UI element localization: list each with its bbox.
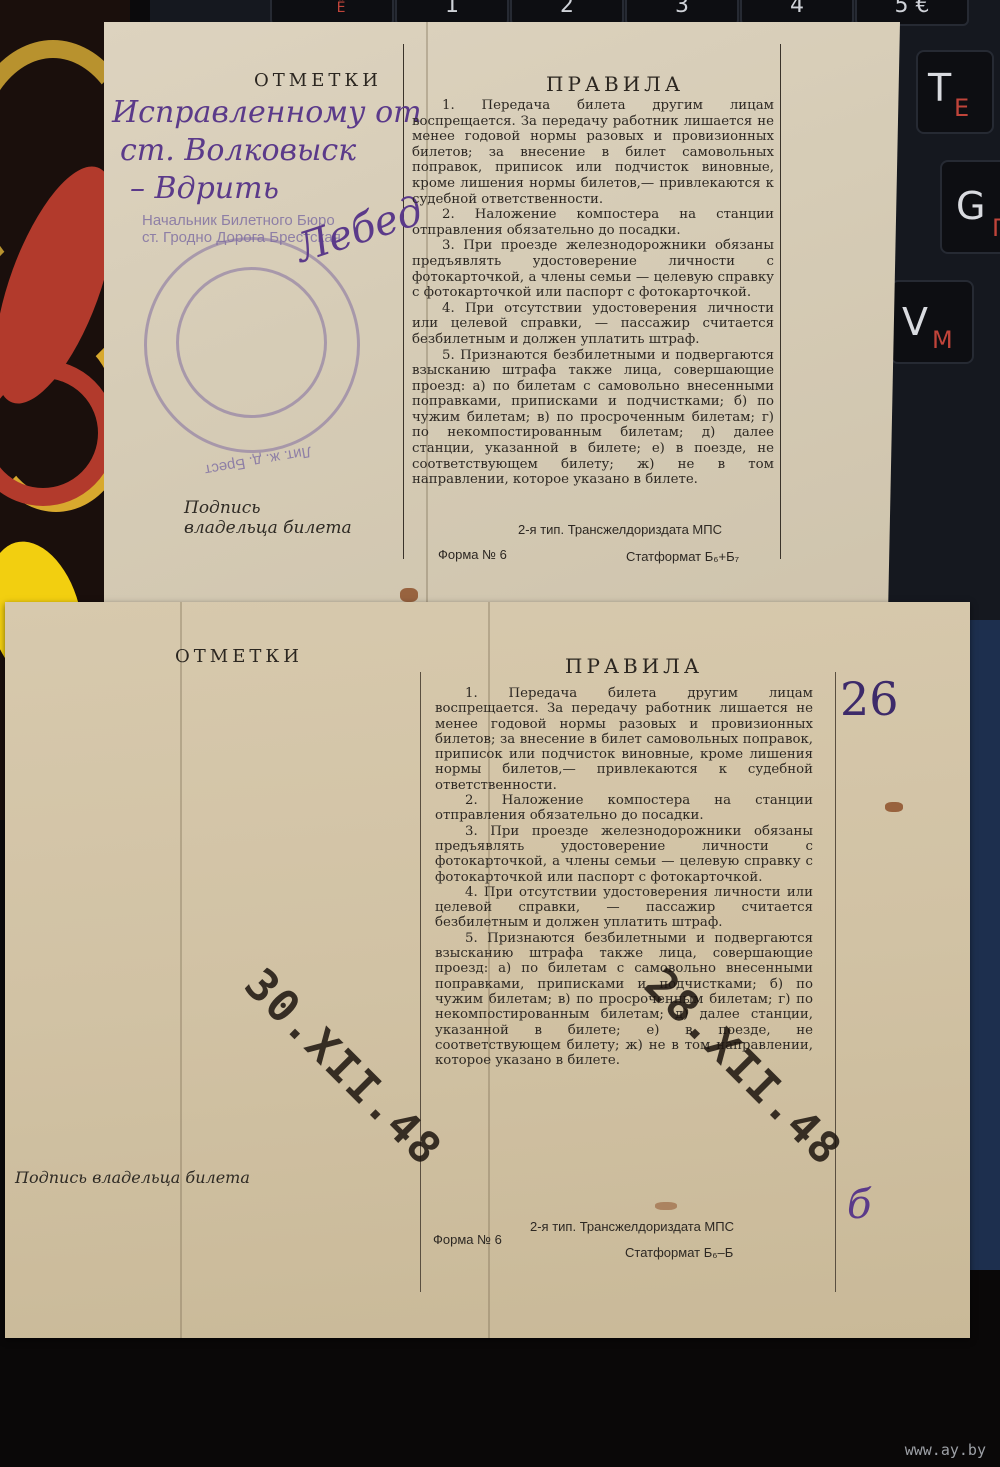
rules-heading: ПРАВИЛА (565, 654, 703, 678)
round-stamp-inner (176, 267, 327, 418)
stain (655, 1202, 677, 1210)
key-t: T Е (916, 50, 994, 134)
key-v: V М (890, 280, 974, 364)
handwritten-note: Исправленному от ст. Волковыск – Вдрить (112, 94, 422, 208)
rules-text: 1. Передача билета другим лицам воспреща… (435, 686, 813, 1068)
handwritten-mark: б (847, 1182, 871, 1228)
stain (400, 588, 418, 602)
form-number: Форма № 6 (433, 1232, 502, 1247)
printer-imprint: 2-я тип. Трансжелдориздата МПС (530, 1219, 734, 1234)
watermark: www.ay.by (905, 1441, 986, 1459)
marks-heading: ОТМЕТКИ (254, 70, 382, 91)
marks-heading: ОТМЕТКИ (175, 646, 303, 667)
rules-text: 1. Передача билета другим лицам воспреща… (412, 98, 774, 488)
stat-format: Статформат Б₆–Б (625, 1245, 733, 1260)
ticket-back-top: ОТМЕТКИ ПРАВИЛА Исправленному от ст. Вол… (104, 22, 900, 612)
owner-signature-label: Подпись владельца билета (184, 498, 352, 538)
handwritten-number: 26 (840, 672, 899, 726)
key-g: G П (940, 160, 1000, 254)
stain (885, 802, 903, 812)
owner-signature-label: Подпись владельца билета (15, 1168, 250, 1188)
printer-imprint: 2-я тип. Трансжелдориздата МПС (518, 522, 722, 537)
rules-heading: ПРАВИЛА (546, 72, 684, 96)
stat-format: Статформат Б₆+Б₇ (626, 549, 739, 564)
ticket-back-bottom: ОТМЕТКИ ПРАВИЛА 1. Передача билета други… (5, 602, 970, 1338)
form-number: Форма № 6 (438, 547, 507, 562)
